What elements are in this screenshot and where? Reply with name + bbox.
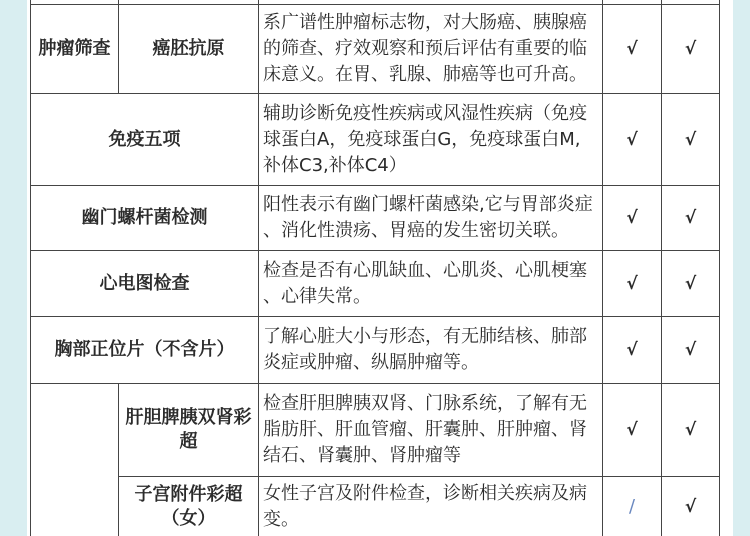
check-mark-cell: √	[603, 317, 662, 384]
item-cell: 幽门螺杆菌检测	[31, 186, 259, 251]
item-cell: 子宫附件彩超 （女）	[119, 477, 259, 536]
category-cell: 肿瘤筛查	[31, 5, 119, 94]
item-cell: 癌胚抗原	[119, 5, 259, 94]
check-mark-cell: √	[603, 186, 662, 251]
checkup-package-table: 肿瘤筛查 癌胚抗原 系广谱性肿瘤标志物，对大肠癌、胰腺癌的筛查、疗效观察和预后评…	[30, 0, 720, 536]
category-cell-empty	[31, 384, 119, 536]
description-cell: 检查是否有心肌缺血、心肌炎、心肌梗塞、心律失常。	[259, 251, 603, 317]
description-cell: 阳性表示有幽门螺杆菌感染,它与胃部炎症、消化性溃疡、胃癌的发生密切关联。	[259, 186, 603, 251]
item-cell: 胸部正位片（不含片）	[31, 317, 259, 384]
na-slash-mark-cell: /	[603, 477, 662, 536]
check-mark-cell: √	[603, 384, 662, 477]
description-cell: 检查肝胆脾胰双肾、门脉系统，了解有无脂肪肝、肝血管瘤、肝囊肿、肝肿瘤、肾结石、肾…	[259, 384, 603, 477]
check-mark-cell: √	[662, 251, 719, 317]
check-mark-cell: √	[662, 317, 719, 384]
check-mark-cell: √	[603, 251, 662, 317]
description-cell: 女性子宫及附件检查，诊断相关疾病及病变。	[259, 477, 603, 536]
right-margin-strip	[733, 0, 750, 536]
item-cell: 免疫五项	[31, 94, 259, 186]
item-cell: 心电图检查	[31, 251, 259, 317]
description-cell: 了解心脏大小与形态，有无肺结核、肺部炎症或肿瘤、纵膈肿瘤等。	[259, 317, 603, 384]
check-mark-cell: √	[603, 94, 662, 186]
check-mark-cell: √	[662, 186, 719, 251]
check-mark-cell: √	[662, 477, 719, 536]
description-cell: 系广谱性肿瘤标志物，对大肠癌、胰腺癌的筛查、疗效观察和预后评估有重要的临床意义。…	[259, 5, 603, 94]
description-cell: 辅助诊断免疫性疾病或风湿性疾病（免疫球蛋白A，免疫球蛋白G，免疫球蛋白M,补体C…	[259, 94, 603, 186]
left-margin-strip	[0, 0, 27, 536]
check-mark-cell: √	[662, 94, 719, 186]
item-cell: 肝胆脾胰双肾彩 超	[119, 384, 259, 477]
check-mark-cell: √	[603, 5, 662, 94]
check-mark-cell: √	[662, 5, 719, 94]
check-mark-cell: √	[662, 384, 719, 477]
